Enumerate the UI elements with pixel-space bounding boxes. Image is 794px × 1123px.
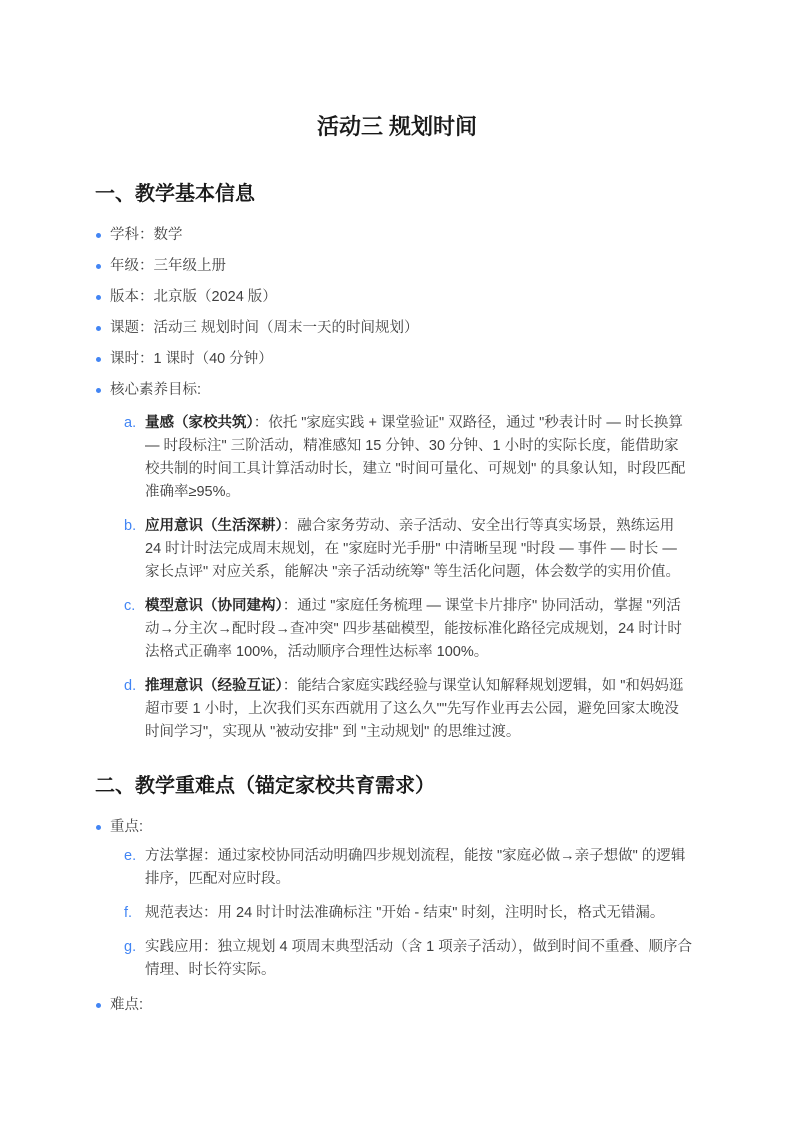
objective-item-d: d. 推理意识（经验互证）：能结合家庭实践经验与课堂认知解释规划逻辑，如 "和妈… xyxy=(95,675,699,744)
bullet-icon xyxy=(96,264,101,269)
list-marker: g. xyxy=(124,936,136,959)
list-item-subject: 学科：数学 xyxy=(95,228,699,243)
bullet-icon xyxy=(96,388,101,393)
list-item-key-points: 重点: xyxy=(95,820,699,835)
bullet-icon xyxy=(96,326,101,331)
key-point-body: 方法掌握：通过家校协同活动明确四步规划流程，能按 "家庭必做→亲子想做" 的逻辑… xyxy=(145,848,685,887)
objective-lead: 推理意识（经验互证） xyxy=(145,678,283,694)
key-point-body: 实践应用：独立规划 4 项周末典型活动（含 1 项亲子活动），做到时间不重叠、顺… xyxy=(145,939,692,978)
key-point-item-f: f. 规范表达：用 24 时计时法准确标注 "开始 - 结束" 时刻，注明时长，… xyxy=(95,902,699,925)
list-marker: d. xyxy=(124,675,136,698)
key-point-body: 规范表达：用 24 时计时法准确标注 "开始 - 结束" 时刻，注明时长，格式无… xyxy=(145,905,664,921)
objective-item-c: c. 模型意识（协同建构）：通过 "家庭任务梳理 — 课堂卡片排序" 协同活动，… xyxy=(95,595,699,664)
objective-lead: 应用意识（生活深耕） xyxy=(145,518,283,534)
list-item-period: 课时：1 课时（40 分钟） xyxy=(95,352,699,367)
objective-lead: 量感（家校共筑） xyxy=(145,415,254,431)
bullet-icon xyxy=(96,825,101,830)
list-item-text: 核心素养目标: xyxy=(110,382,201,398)
list-item-edition: 版本：北京版（2024 版） xyxy=(95,290,699,305)
bullet-icon xyxy=(96,1003,101,1008)
key-point-item-g: g. 实践应用：独立规划 4 项周末典型活动（含 1 项亲子活动），做到时间不重… xyxy=(95,936,699,982)
bullet-icon xyxy=(96,357,101,362)
list-item-text: 课题：活动三 规划时间（周末一天的时间规划） xyxy=(110,320,419,336)
list-item-text: 年级：三年级上册 xyxy=(110,258,226,274)
bullet-icon xyxy=(96,233,101,238)
section-1-heading: 一、教学基本信息 xyxy=(95,180,699,208)
list-item-topic: 课题：活动三 规划时间（周末一天的时间规划） xyxy=(95,321,699,336)
page-title: 活动三 规划时间 xyxy=(95,112,699,142)
list-marker: c. xyxy=(124,595,135,618)
objective-lead: 模型意识（协同建构） xyxy=(145,598,283,614)
list-marker: b. xyxy=(124,515,136,538)
list-item-difficulties: 难点: xyxy=(95,998,699,1013)
objective-item-a: a. 量感（家校共筑）：依托 "家庭实践 + 课堂验证" 双路径，通过 "秒表计… xyxy=(95,412,699,504)
list-item-text: 难点: xyxy=(110,997,143,1013)
key-point-item-e: e. 方法掌握：通过家校协同活动明确四步规划流程，能按 "家庭必做→亲子想做" … xyxy=(95,845,699,891)
bullet-icon xyxy=(96,295,101,300)
list-marker: f. xyxy=(124,902,132,925)
basic-info-list: 学科：数学 年级：三年级上册 版本：北京版（2024 版） 课题：活动三 规划时… xyxy=(95,228,699,398)
list-item-core-goals: 核心素养目标: xyxy=(95,383,699,398)
list-item-text: 学科：数学 xyxy=(110,227,183,243)
list-marker: e. xyxy=(124,845,136,868)
objective-item-b: b. 应用意识（生活深耕）：融合家务劳动、亲子活动、安全出行等真实场景，熟练运用… xyxy=(95,515,699,584)
section-2-heading: 二、教学重难点（锚定家校共育需求） xyxy=(95,772,699,800)
document-page: 活动三 规划时间 一、教学基本信息 学科：数学 年级：三年级上册 版本：北京版（… xyxy=(0,0,794,1123)
list-item-text: 重点: xyxy=(110,819,143,835)
list-marker: a. xyxy=(124,412,136,435)
list-item-text: 课时：1 课时（40 分钟） xyxy=(110,351,273,367)
list-item-grade: 年级：三年级上册 xyxy=(95,259,699,274)
list-item-text: 版本：北京版（2024 版） xyxy=(110,289,277,305)
